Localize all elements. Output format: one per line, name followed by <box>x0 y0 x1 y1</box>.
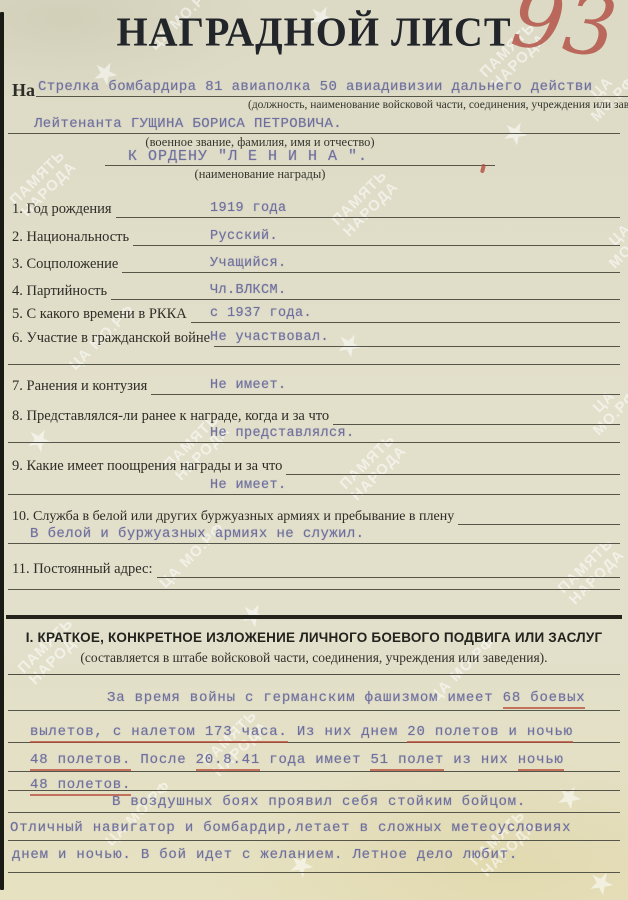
form-answer-white-army: В белой и буржуазных армиях не служил. <box>8 524 620 544</box>
form-value: с 1937 года. <box>210 306 312 321</box>
document-title: НАГРАДНОЙ ЛИСТ <box>0 7 628 56</box>
form-label: 4. Партийность <box>12 283 111 300</box>
red-underlined-text: 20.8.41 <box>196 752 260 771</box>
position-caption: (должность, наименование войсковой части… <box>248 99 528 111</box>
form-value: Учащийся. <box>210 256 287 271</box>
position-underline <box>36 96 628 97</box>
form-label: 11. Постоянный адрес: <box>12 561 157 578</box>
form-row-prior-awards: 8. Представлялся-ли ранее к награде, ког… <box>12 405 620 425</box>
award-caption: (наименование награды) <box>100 167 420 182</box>
form-row-social-position: 3. Соцположение Учащийся. <box>12 253 620 273</box>
watermark-memory-text: ПАМЯТЬ НАРОДА <box>467 808 539 880</box>
form-label: 10. Служба в белой или других буржуазных… <box>12 509 458 525</box>
form-row-civil-war: 6. Участие в гражданской войне Не участв… <box>12 327 620 347</box>
typed-text: За время войны с германским фашизмом име… <box>107 690 503 706</box>
form-label: 3. Соцположение <box>12 256 122 273</box>
thick-divider <box>6 615 622 619</box>
narrative-line: За время войны с германским фашизмом име… <box>107 690 585 706</box>
form-value: Русский. <box>210 229 278 244</box>
section-caption: (составляется в штабе войсковой части, с… <box>0 650 628 666</box>
rule-line <box>133 244 620 246</box>
rule-line <box>122 271 620 273</box>
red-underlined-text: 68 боевых <box>503 690 586 709</box>
form-label: 5. С какого времени в РККА <box>12 306 191 323</box>
rule-line <box>157 576 621 578</box>
typed-text: из них <box>444 752 518 768</box>
red-underlined-text: ночью <box>518 752 564 771</box>
form-row-party: 4. Партийность Чл.ВЛКСМ. <box>12 280 620 300</box>
red-underlined-text: вылетов, <box>30 724 113 743</box>
narrative-line: Отличный навигатор и бомбардир,летает в … <box>10 820 571 836</box>
watermark-star-icon: ★ <box>581 863 622 900</box>
form-row-birth-year: 1. Год рождения 1919 года <box>12 198 620 218</box>
rule-line <box>214 345 620 347</box>
scan-edge <box>0 12 4 890</box>
narrative-line: 48 полетов. После 20.8.41 года имеет 51 … <box>30 752 564 768</box>
award-underline <box>105 165 495 166</box>
form-label: 7. Ранения и контузия <box>12 378 151 395</box>
typed-text: года имеет <box>260 752 370 768</box>
typed-text: После <box>131 752 195 768</box>
form-label: 9. Какие имеет поощрения награды и за чт… <box>12 458 286 475</box>
na-label: На <box>12 80 35 101</box>
form-value: Не участвовал. <box>210 330 329 345</box>
form-row-white-army: 10. Служба в белой или других буржуазных… <box>12 505 620 525</box>
rule-line <box>111 298 620 300</box>
form-row-wounds: 7. Ранения и контузия Не имеет. <box>12 375 620 395</box>
blank-rule-line <box>8 364 620 365</box>
red-underlined-text: 51 полет <box>370 752 444 771</box>
rule-line <box>8 771 620 772</box>
form-value: Не представлялся. <box>210 426 355 441</box>
form-row-address: 11. Постоянный адрес: <box>12 558 620 578</box>
form-label: 1. Год рождения <box>12 201 116 218</box>
position-value: Стрелка бомбардира 81 авиаполка 50 авиад… <box>38 79 628 95</box>
typed-text: В воздушных боях проявил себя стойким бо… <box>112 794 526 810</box>
name-value: Лейтенанта ГУЩИНА БОРИСА ПЕТРОВИЧА. <box>34 116 342 132</box>
typed-text: Отличный навигатор и бомбардир,летает в … <box>10 820 571 836</box>
typed-text: днем и ночью. В бой идет с желанием. Лет… <box>12 847 518 863</box>
narrative-line: 48 полетов. <box>30 777 131 793</box>
name-underline <box>8 133 620 134</box>
award-sheet-document: ЦА МО.РФ★ПАМЯТЬ НАРОДА★ЦА МО.РФПАМЯТЬ НА… <box>0 0 628 900</box>
form-row-commendations: 9. Какие имеет поощрения награды и за чт… <box>12 455 620 475</box>
rule-line <box>116 216 620 218</box>
form-value: Не имеет. <box>210 378 287 393</box>
narrative-line: В воздушных боях проявил себя стойким бо… <box>112 794 526 810</box>
form-value: 1919 года <box>210 201 287 216</box>
red-underlined-text: 20 полетов и ночью <box>407 724 573 743</box>
separator-rule <box>8 589 620 590</box>
rule-line <box>8 710 620 711</box>
award-value: К ОРДЕНУ "Л Е Н И Н А ". <box>128 148 368 165</box>
rule-line <box>8 840 620 841</box>
red-underlined-text: с налетом 173 часа. <box>113 724 288 743</box>
form-row-rkka-since: 5. С какого времени в РККА с 1937 года. <box>12 303 620 323</box>
rule-line <box>8 872 620 873</box>
red-underlined-text: 48 полетов. <box>30 752 131 771</box>
form-value: Не имеет. <box>210 478 287 493</box>
section-underline <box>8 674 620 675</box>
form-value: В белой и буржуазных армиях не служил. <box>30 526 364 542</box>
form-answer-prior-awards: Не представлялся. <box>8 423 620 443</box>
narrative-line: вылетов, с налетом 173 часа. Из них днем… <box>30 724 573 740</box>
form-label: 2. Национальность <box>12 229 133 246</box>
form-value: Чл.ВЛКСМ. <box>210 283 287 298</box>
typed-text: Из них днем <box>288 724 408 740</box>
form-row-nationality: 2. Национальность Русский. <box>12 226 620 246</box>
narrative-line: днем и ночью. В бой идет с желанием. Лет… <box>12 847 518 863</box>
rule-line <box>8 812 620 813</box>
form-answer-commendations: Не имеет. <box>8 475 620 495</box>
rule-line <box>191 321 620 323</box>
form-label: 6. Участие в гражданской войне <box>12 330 214 347</box>
red-pencil-mark <box>480 164 486 174</box>
section-title: I. КРАТКОЕ, КОНКРЕТНОЕ ИЗЛОЖЕНИЕ ЛИЧНОГО… <box>0 630 628 645</box>
rule-line <box>151 393 620 395</box>
